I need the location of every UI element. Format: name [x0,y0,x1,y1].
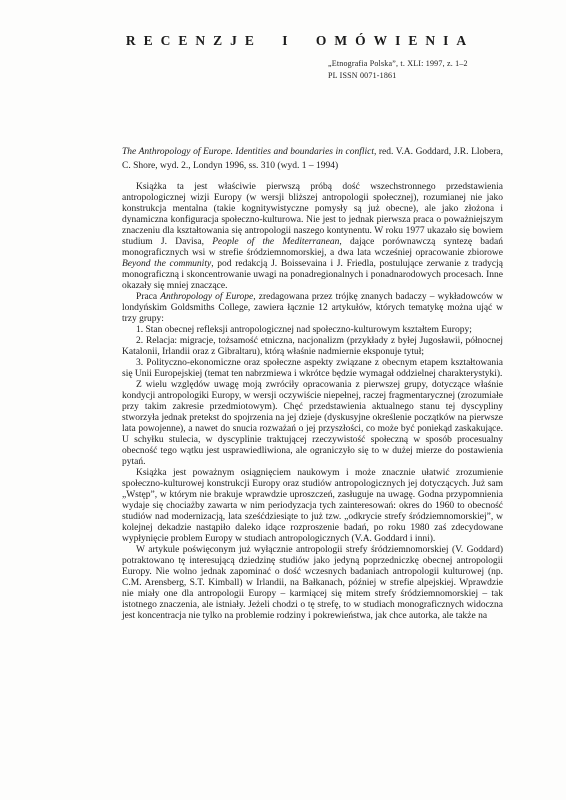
italic-text-segment: Beyond the community [122,259,211,269]
section-header: RECENZJE I OMÓWIENIA [100,33,500,49]
body-paragraph: Z wielu względów uwagę moją zwróciły opr… [122,380,503,468]
body-paragraph: 1. Stan obecnej refleksji antropologiczn… [122,325,503,336]
book-title-italic: The Anthropology of Europe. Identities a… [122,147,374,157]
body-paragraph: Książka jest poważnym osiągnięciem nauko… [122,468,503,545]
review-body: Książka ta jest właściwie pierwszą próbą… [122,182,503,622]
body-paragraph: W artykule poświęconym już wyłącznie ant… [122,545,503,622]
text-segment: 2. Relacja: migracje, tożsamość etniczna… [122,336,503,357]
italic-text-segment: People of the Mediterranean [212,237,339,247]
body-paragraph: 3. Polityczno-ekonomiczne oraz społeczne… [122,358,503,380]
text-segment: 1. Stan obecnej refleksji antropologiczn… [136,325,472,335]
text-segment: W artykule poświęconym już wyłącznie ant… [122,545,503,621]
text-segment: Praca [136,292,160,302]
body-paragraph: Praca Anthropology of Europe, zredagowan… [122,292,503,325]
journal-reference-line2: PL ISSN 0071-1861 [328,70,468,82]
body-paragraph: 2. Relacja: migracje, tożsamość etniczna… [122,336,503,358]
journal-reference: „Etnografia Polska”, t. XLI: 1997, z. 1–… [328,58,468,82]
italic-text-segment: Anthropology of Europe [160,292,253,302]
text-segment: 3. Polityczno-ekonomiczne oraz społeczne… [122,358,503,379]
journal-reference-line1: „Etnografia Polska”, t. XLI: 1997, z. 1–… [328,58,468,70]
reviewed-book-title: The Anthropology of Europe. Identities a… [122,146,503,173]
body-paragraph: Książka ta jest właściwie pierwszą próbą… [122,182,503,292]
scanned-journal-page: RECENZJE I OMÓWIENIA „Etnografia Polska”… [0,0,566,800]
text-segment: Książka jest poważnym osiągnięciem nauko… [122,468,503,544]
text-segment: Z wielu względów uwagę moją zwróciły opr… [122,380,503,467]
